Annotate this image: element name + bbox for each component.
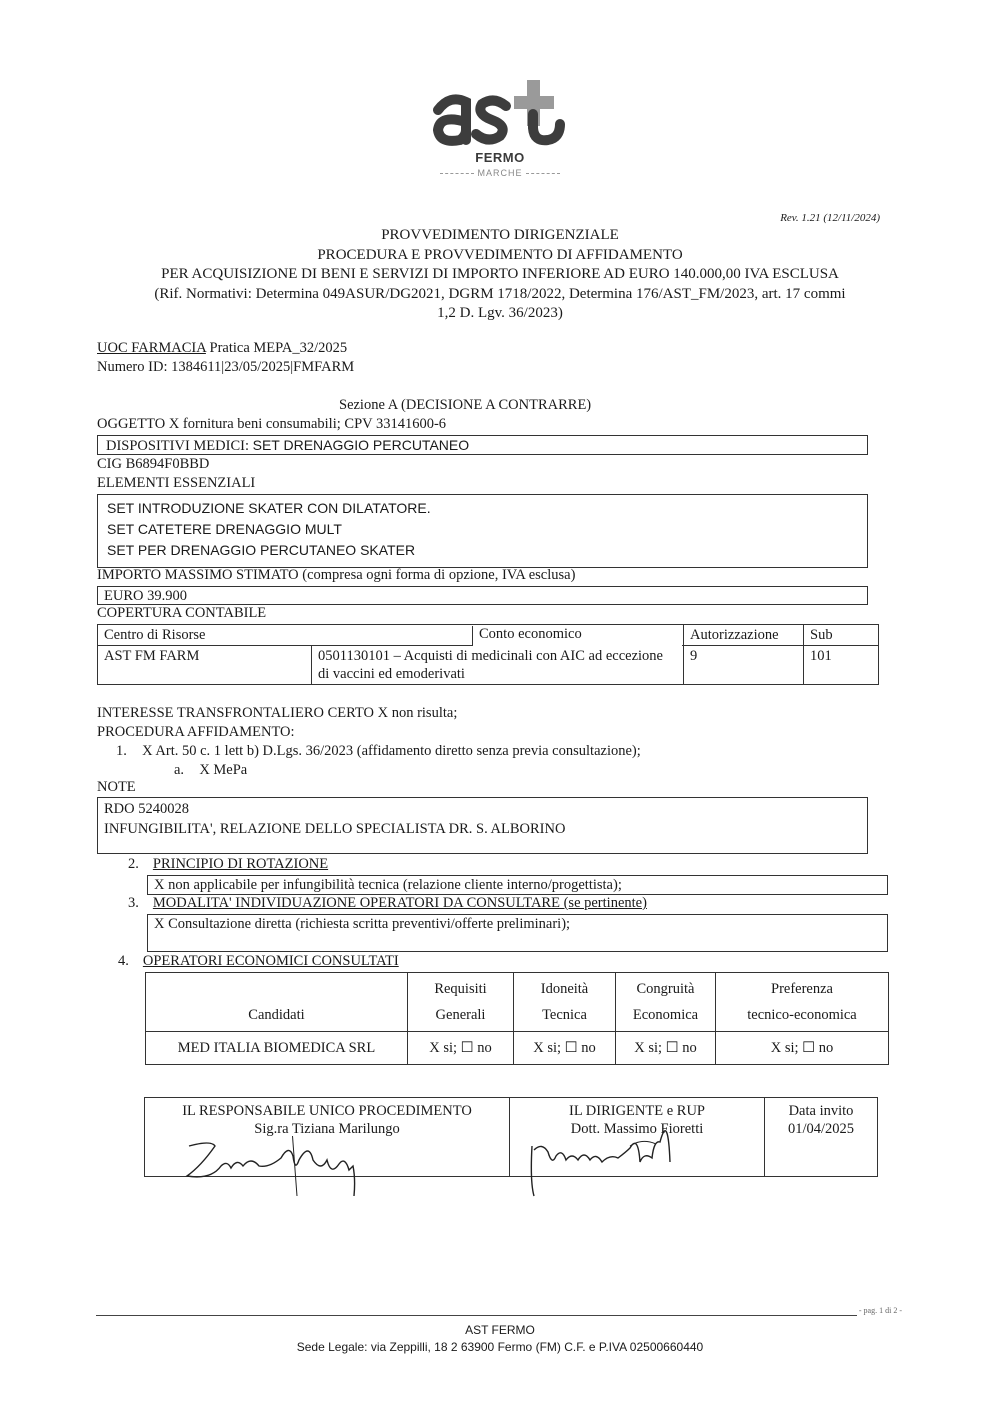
procedura-item-1a: a. X MePa	[174, 762, 247, 779]
title-line-2: PROCEDURA E PROVVEDIMENTO DI AFFIDAMENTO	[95, 246, 905, 266]
table-row: AST FM FARM 0501130101 – Acquisti di med…	[98, 646, 879, 685]
operatori-table: Candidati RequisitiGenerali IdoneitàTecn…	[145, 972, 889, 1065]
uoc-label: UOC FARMACIA	[97, 340, 206, 356]
section-a-title: Sezione A (DECISIONE A CONTRARRE)	[339, 397, 591, 414]
dirigente-cell: IL DIRIGENTE e RUP Dott. Massimo Fiorett…	[510, 1098, 765, 1177]
footer-divider	[96, 1315, 904, 1316]
title-line-1: PROVVEDIMENTO DIRIGENZIALE	[95, 226, 905, 246]
cell-conto: 0501130101 – Acquisti di medicinali con …	[312, 646, 684, 685]
procedura-item-1: 1. X Art. 50 c. 1 lett b) D.Lgs. 36/2023…	[116, 743, 641, 760]
elemento-item: SET CATETERE DRENAGGIO MULT	[107, 519, 858, 540]
signature-table: IL RESPONSABILE UNICO PROCEDIMENTO Sig.r…	[144, 1097, 878, 1177]
page-number: - pag. 1 di 2 -	[857, 1306, 904, 1316]
cell-requisiti: X si; ☐ no	[408, 1032, 514, 1065]
importo-value: EURO 39.900	[98, 587, 867, 606]
copertura-label: COPERTURA CONTABILE	[97, 605, 266, 622]
procedura-label: PROCEDURA AFFIDAMENTO:	[97, 724, 295, 741]
elementi-box: SET INTRODUZIONE SKATER CON DILATATORE. …	[97, 494, 868, 568]
document-title: PROVVEDIMENTO DIRIGENZIALE PROCEDURA E P…	[95, 226, 905, 324]
header-candidati: Candidati	[146, 973, 408, 1032]
logo-region: MARCHE	[420, 168, 580, 179]
data-invito-cell: Data invito 01/04/2025	[765, 1098, 878, 1177]
rup-cell: IL RESPONSABILE UNICO PROCEDIMENTO Sig.r…	[145, 1098, 510, 1177]
pratica-number: Pratica MEPA_32/2025	[206, 340, 347, 356]
dirigente-signature-icon	[526, 1122, 696, 1202]
modalita-box: X Consultazione diretta (richiesta scrit…	[147, 914, 888, 952]
header-preferenza: Preferenzatecnico-economica	[716, 973, 889, 1032]
rotazione-value: X non applicabile per infungibilità tecn…	[148, 876, 887, 895]
note-line: INFUNGIBILITA', RELAZIONE DELLO SPECIALI…	[104, 819, 861, 839]
oggetto-line: OGGETTO X fornitura beni consumabili; CP…	[97, 416, 446, 433]
header-congruita: CongruitàEconomica	[616, 973, 716, 1032]
header-autorizzazione: Autorizzazione	[684, 625, 804, 646]
header-sub: Sub	[804, 625, 879, 646]
cell-idoneita: X si; ☐ no	[514, 1032, 616, 1065]
data-invito-label: Data invito	[769, 1102, 873, 1120]
importo-box: EURO 39.900	[97, 586, 868, 605]
note-box: RDO 5240028 INFUNGIBILITA', RELAZIONE DE…	[97, 797, 868, 854]
elemento-item: SET INTRODUZIONE SKATER CON DILATATORE.	[107, 498, 858, 519]
modalita-value: X Consultazione diretta (richiesta scrit…	[148, 915, 887, 934]
header-conto: Conto economico	[472, 626, 682, 646]
note-line: RDO 5240028	[104, 799, 861, 819]
cig-code: CIG B6894F0BBD	[97, 456, 209, 473]
ast-logo-icon	[430, 78, 570, 148]
interesse-line: INTERESSE TRANSFRONTALIERO CERTO X non r…	[97, 705, 457, 722]
rup-signature-icon	[181, 1136, 411, 1196]
cell-congruita: X si; ☐ no	[616, 1032, 716, 1065]
elementi-label: ELEMENTI ESSENZIALI	[97, 475, 255, 492]
header-idoneita: IdoneitàTecnica	[514, 973, 616, 1032]
title-line-3: PER ACQUISIZIONE DI BENI E SERVIZI DI IM…	[95, 265, 905, 285]
oggetto-prefix: DISPOSITIVI MEDICI:	[106, 438, 253, 454]
operatori-heading: 4.OPERATORI ECONOMICI CONSULTATI	[118, 953, 399, 970]
cell-centro: AST FM FARM	[98, 646, 312, 685]
cell-sub: 101	[804, 646, 879, 685]
elemento-item: SET PER DRENAGGIO PERCUTANEO SKATER	[107, 540, 858, 561]
title-line-4: (Rif. Normativi: Determina 049ASUR/DG202…	[95, 285, 905, 305]
rotazione-box: X non applicabile per infungibilità tecn…	[147, 875, 888, 895]
cell-candidato: MED ITALIA BIOMEDICA SRL	[146, 1032, 408, 1065]
table-header-row: Candidati RequisitiGenerali IdoneitàTecn…	[146, 973, 889, 1032]
cell-preferenza: X si; ☐ no	[716, 1032, 889, 1065]
rup-title: IL RESPONSABILE UNICO PROCEDIMENTO	[149, 1102, 505, 1120]
revision-label: Rev. 1.21 (12/11/2024)	[780, 212, 880, 225]
header-requisiti: RequisitiGenerali	[408, 973, 514, 1032]
footer-address: Sede Legale: via Zeppilli, 18 2 63900 Fe…	[0, 1340, 1000, 1354]
title-line-5: 1,2 D. Lgv. 36/2023)	[95, 304, 905, 324]
ast-fermo-logo: FERMO MARCHE	[420, 78, 580, 188]
modalita-heading: 3.MODALITA' INDIVIDUAZIONE OPERATORI DA …	[128, 895, 647, 912]
table-row: MED ITALIA BIOMEDICA SRL X si; ☐ no X si…	[146, 1032, 889, 1065]
oggetto-value: SET DRENAGGIO PERCUTANEO	[253, 437, 470, 453]
numero-id: Numero ID: 1384611|23/05/2025|FMFARM	[97, 359, 354, 376]
oggetto-box: DISPOSITIVI MEDICI: SET DRENAGGIO PERCUT…	[97, 435, 868, 455]
data-invito-value: 01/04/2025	[769, 1120, 873, 1138]
dirigente-title: IL DIRIGENTE e RUP	[514, 1102, 760, 1120]
pratica-line: UOC FARMACIA Pratica MEPA_32/2025	[97, 340, 347, 357]
logo-city: FERMO	[420, 150, 580, 166]
importo-label: IMPORTO MASSIMO STIMATO (compresa ogni f…	[97, 567, 575, 584]
rotazione-heading: 2.PRINCIPIO DI ROTAZIONE	[128, 856, 328, 873]
footer-org: AST FERMO	[0, 1323, 1000, 1337]
note-label: NOTE	[97, 779, 136, 796]
cell-autorizzazione: 9	[684, 646, 804, 685]
